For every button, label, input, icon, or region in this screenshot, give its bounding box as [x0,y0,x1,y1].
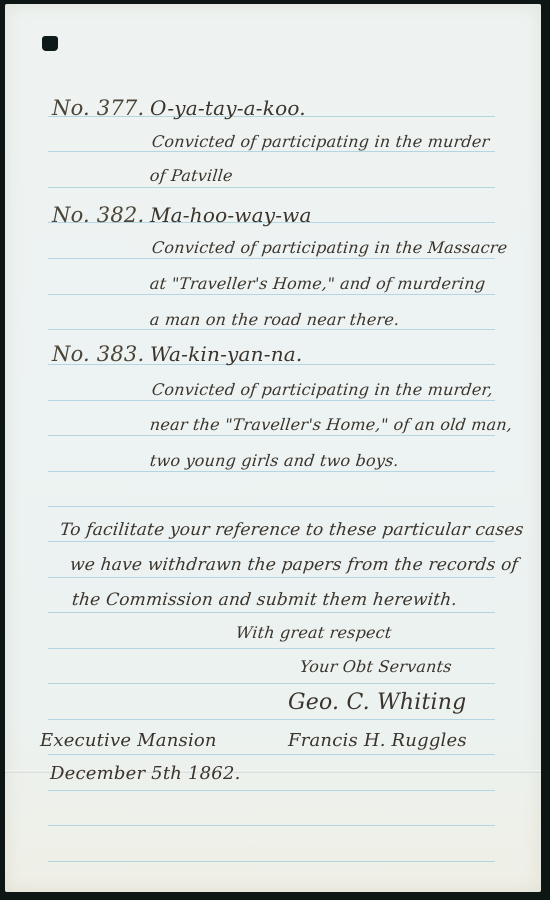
date: December 5th 1862. [50,763,241,784]
signature-ruggles: Francis H. Ruggles [288,730,467,751]
punch-hole [42,36,58,51]
entry-number: No. 377. [52,96,144,120]
entry-line: two young girls and two boys. [149,451,400,470]
entry-line: Convicted of participating in the Massac… [151,238,508,257]
place: Executive Mansion [40,730,217,751]
signature-whiting: Geo. C. Whiting [288,690,466,715]
entry-line: of Patville [149,166,234,185]
entry-name: O-ya-tay-a-koo. [150,96,306,120]
paragraph-line: To facilitate your reference to these pa… [59,520,525,540]
entry-line: Convicted of participating in the murder [151,132,490,151]
entry-line: at "Traveller's Home," and of murdering [149,274,486,293]
valediction: With great respect [235,623,393,642]
entry-name: Ma-hoo-way-wa [150,203,312,227]
entry-line: a man on the road near there. [149,310,400,329]
entry-number: No. 382. [52,203,144,227]
paragraph-line: we have withdrawn the papers from the re… [69,555,519,575]
entry-name: Wa-kin-yan-na. [150,342,302,366]
entry-line: near the "Traveller's Home," of an old m… [149,415,513,434]
entry-number: No. 383. [52,342,144,366]
entry-line: Convicted of participating in the murder… [151,380,494,399]
paragraph-line: the Commission and submit them herewith. [71,590,458,610]
complimentary-close: Your Obt Servants [299,657,453,676]
